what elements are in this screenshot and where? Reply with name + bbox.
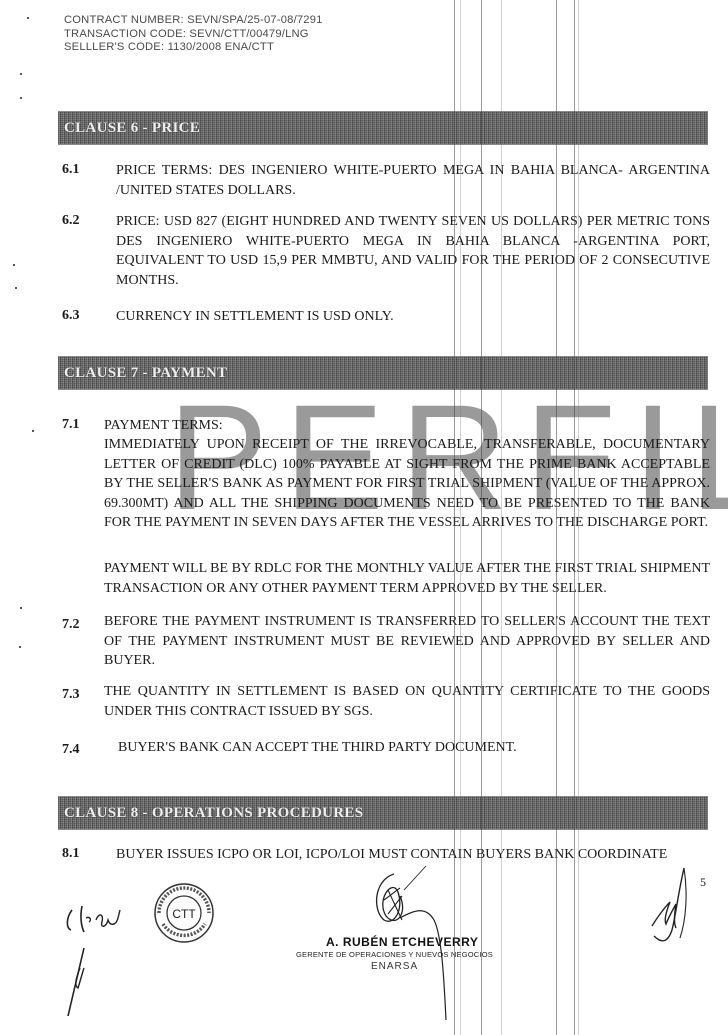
contract-number: CONTRACT NUMBER: SEVN/SPA/25-07-08/7291	[64, 14, 323, 28]
scan-artifact-line	[574, 0, 575, 1035]
clause-8-header: CLAUSE 8 - OPERATIONS PROCEDURES	[58, 796, 708, 830]
item-number: 6.3	[62, 308, 80, 324]
left-signature-icon	[62, 888, 157, 1028]
item-text: IMMEDIATELY UPON RECEIPT OF THE IRREVOCA…	[104, 435, 710, 533]
signatory-organization: ENARSA	[371, 961, 418, 972]
contract-header: CONTRACT NUMBER: SEVN/SPA/25-07-08/7291 …	[64, 14, 323, 55]
scan-artifact-line	[454, 0, 455, 1035]
company-stamp-icon: CTT	[153, 882, 215, 944]
clause-6-header: CLAUSE 6 - PRICE	[58, 111, 708, 145]
clause-7-title: CLAUSE 7 - PAYMENT	[64, 365, 227, 382]
item-heading: PAYMENT TERMS:	[104, 416, 710, 436]
scan-speck	[20, 97, 22, 99]
item-text: PRICE TERMS: DES INGENIERO WHITE-PUERTO …	[116, 161, 710, 200]
seller-code: SELLLER'S CODE: 1130/2008 ENA/CTT	[64, 41, 323, 55]
item-number: 7.3	[62, 687, 80, 703]
page-number: 5	[700, 875, 706, 890]
item-number: 7.2	[62, 617, 80, 633]
transaction-code: TRANSACTION CODE: SEVN/CTT/00479/LNG	[64, 28, 323, 42]
right-initial-signature-icon	[648, 864, 698, 944]
scan-artifact-line	[578, 0, 579, 1035]
scan-speck	[13, 264, 15, 266]
signatory-role: GERENTE DE OPERACIONES Y NUEVOS NEGOCIOS	[296, 950, 493, 959]
scan-speck	[20, 607, 22, 609]
scan-speck	[15, 287, 17, 289]
scan-artifact-line	[460, 0, 461, 1035]
item-text: PRICE: USD 827 (EIGHT HUNDRED AND TWENTY…	[116, 212, 710, 290]
item-number: 8.1	[62, 846, 80, 862]
item-text: BEFORE THE PAYMENT INSTRUMENT IS TRANSFE…	[104, 612, 710, 671]
item-text: BUYER ISSUES ICPO OR LOI, ICPO/LOI MUST …	[116, 845, 710, 865]
scan-speck	[27, 17, 29, 19]
scan-speck	[19, 646, 21, 648]
scan-speck	[32, 430, 34, 432]
scan-speck	[20, 73, 22, 75]
scan-artifact-line	[481, 0, 482, 1035]
signatory-name: A. RUBÉN ETCHEVERRY	[326, 935, 478, 949]
scan-artifact-line	[556, 0, 557, 1035]
clause-7-header: CLAUSE 7 - PAYMENT	[58, 356, 708, 390]
item-number: 6.1	[62, 162, 80, 178]
item-number: 7.1	[62, 417, 80, 433]
item-text: CURRENCY IN SETTLEMENT IS USD ONLY.	[116, 307, 710, 327]
clause-8-title: CLAUSE 8 - OPERATIONS PROCEDURES	[64, 805, 363, 822]
stamp-text: CTT	[172, 907, 196, 921]
scan-artifact-line	[501, 0, 502, 1035]
item-text: THE QUANTITY IN SETTLEMENT IS BASED ON Q…	[104, 682, 710, 721]
clause-6-title: CLAUSE 6 - PRICE	[64, 120, 200, 137]
item-text-continued: PAYMENT WILL BE BY RDLC FOR THE MONTHLY …	[104, 559, 710, 598]
item-number: 6.2	[62, 213, 80, 229]
item-number: 7.4	[62, 742, 80, 758]
item-text: BUYER'S BANK CAN ACCEPT THE THIRD PARTY …	[118, 738, 710, 758]
